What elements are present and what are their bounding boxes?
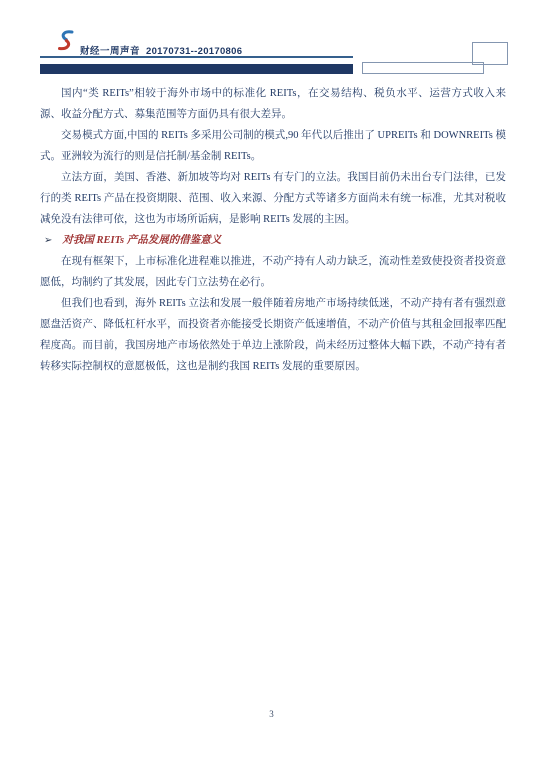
arrow-bullet-icon: ➢ [44, 235, 52, 246]
header-title: 财经一周声音20170731--20170806 [80, 43, 242, 57]
paragraph: 在现有框架下，上市标准化进程难以推进，不动产持有人动力缺乏，流动性差致使投资者投… [40, 251, 506, 293]
decorative-textbox-outline-bottom [362, 62, 484, 74]
section-heading: ➢对我国 REITs 产品发展的借鉴意义 [40, 230, 506, 251]
header-rule [40, 56, 353, 58]
page-number: 3 [0, 709, 543, 719]
paragraph: 国内“类 REITs”相较于海外市场中的标准化 REITs，在交易结构、税负水平… [40, 83, 506, 125]
section-heading-text: 对我国 REITs 产品发展的借鉴意义 [62, 235, 221, 246]
brand-logo-icon [56, 30, 76, 51]
header-accent-bar [40, 64, 353, 74]
paragraph: 立法方面，美国、香港、新加坡等均对 REITs 有专门的立法。我国目前仍未出台专… [40, 167, 506, 230]
paragraph: 交易模式方面,中国的 REITs 多采用公司制的模式,90 年代以后推出了 UP… [40, 125, 506, 167]
paragraph: 但我们也看到，海外 REITs 立法和发展一般伴随着房地产市场持续低迷，不动产持… [40, 293, 506, 377]
document-page: 财经一周声音20170731--20170806 国内“类 REITs”相较于海… [0, 0, 543, 768]
document-body: 国内“类 REITs”相较于海外市场中的标准化 REITs，在交易结构、税负水平… [40, 83, 506, 377]
